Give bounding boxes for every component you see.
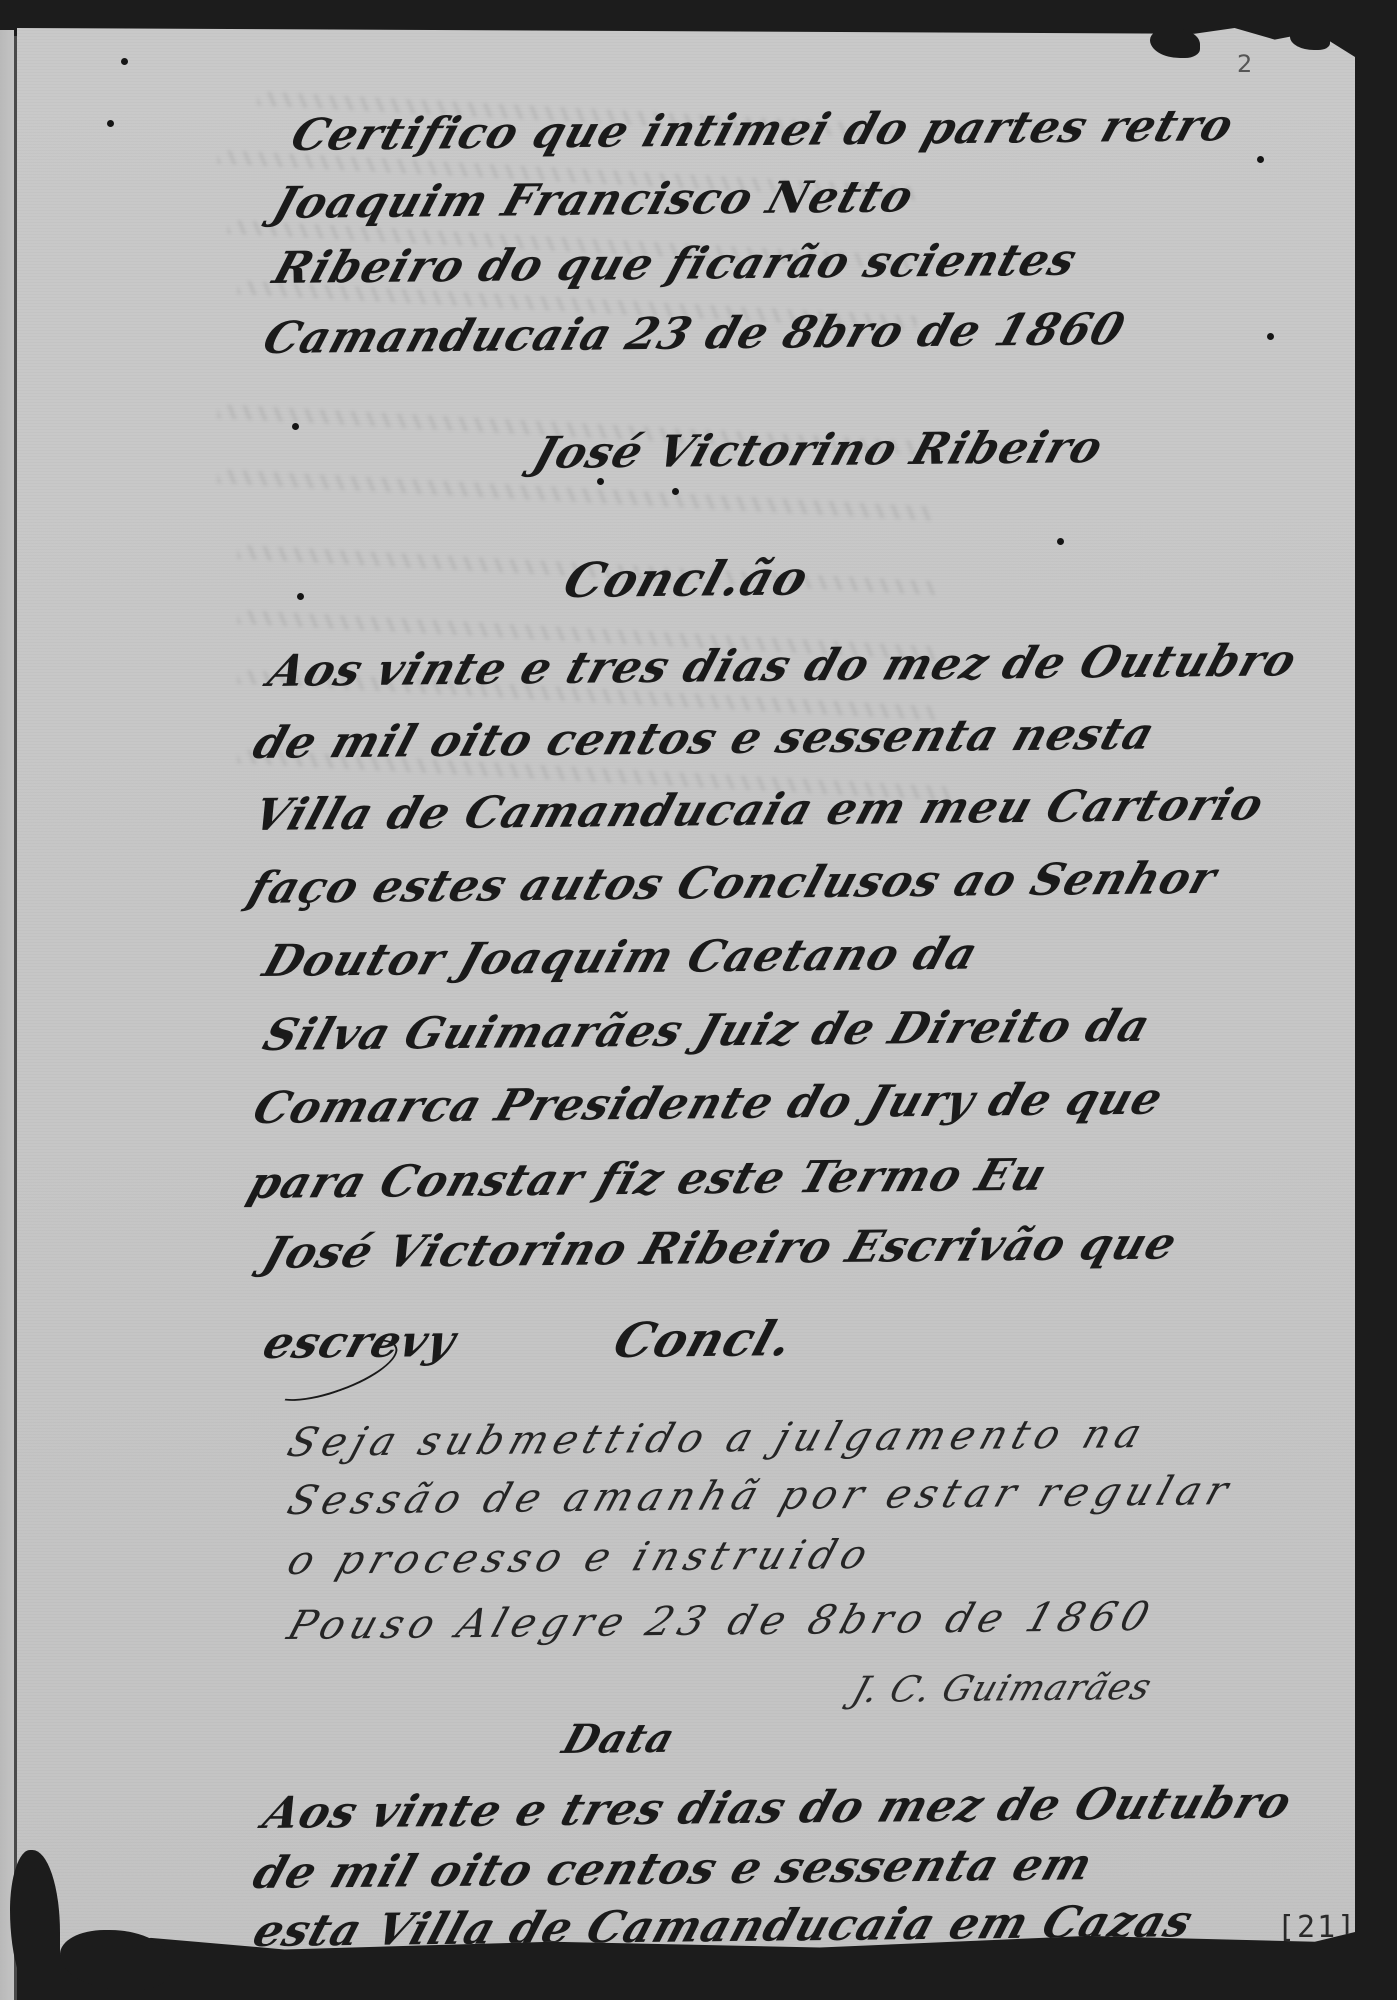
conclusion-line-1: Aos vinte e tres dias do mez de Outubro xyxy=(262,635,1303,697)
decision-line-3: o processo e instruido xyxy=(282,1532,879,1584)
heading-concl: Concl. xyxy=(607,1311,800,1369)
conclusion-line-6: Silva Guimarães Juiz de Direito da xyxy=(257,1001,1157,1061)
signature-judge: J. C. Guimarães xyxy=(847,1667,1157,1711)
conclusion-line-5: Doutor Joaquim Caetano da xyxy=(257,929,984,987)
intro-line-4-date: Camanducaia 23 de 8bro de 1860 xyxy=(257,304,1131,364)
conclusion-line-7: Comarca Presidente do Jury de que xyxy=(247,1074,1170,1134)
binding-gutter-line xyxy=(14,36,17,2000)
ink-spot xyxy=(297,593,304,600)
ink-spot xyxy=(1267,333,1274,340)
decision-line-4-date: Pouso Alegre 23 de 8bro de 1860 xyxy=(282,1594,1161,1649)
heading-conclusao: Concl.ão xyxy=(557,550,816,609)
signature-escrivao: José Victorino Ribeiro xyxy=(527,422,1110,479)
conclusion-line-2: de mil oito centos e sessenta nesta xyxy=(247,709,1161,769)
conclusion-line-3: Villa de Camanducaia em meu Cartorio xyxy=(247,779,1270,841)
intro-line-1: Certifico que intimei do partes retro xyxy=(285,100,1240,161)
conclusion-line-9: José Victorino Ribeiro Escrivão que xyxy=(257,1219,1184,1279)
heading-data: Data xyxy=(557,1715,681,1763)
intro-line-2: Joaquim Francisco Netto xyxy=(267,171,920,229)
conclusion-line-4: faço estes autos Conclusos ao Senhor xyxy=(242,853,1223,914)
ink-spot xyxy=(107,120,114,127)
ink-spot xyxy=(1057,538,1064,545)
manuscript-page: 2 Certifico que intimei do partes retro … xyxy=(17,28,1355,1963)
ink-spot xyxy=(1257,156,1264,163)
ink-spot xyxy=(597,478,604,485)
ink-spot xyxy=(672,488,679,495)
ink-spot xyxy=(121,58,128,65)
decision-line-2: Sessão de amanhã por estar regular xyxy=(282,1468,1240,1524)
data-line-1: Aos vinte e tres dias do mez de Outubro xyxy=(257,1777,1298,1839)
facing-page-edge xyxy=(0,30,14,2000)
conclusion-line-8: para Constar fiz este Termo Eu xyxy=(242,1150,1053,1209)
folio-number: 2 xyxy=(1237,50,1252,78)
data-line-2: de mil oito centos e sessenta em xyxy=(247,1839,1099,1899)
intro-line-3: Ribeiro do que ficarão scientes xyxy=(267,235,1083,294)
decision-line-1: Seja submettido a julgamento na xyxy=(282,1411,1153,1466)
ink-spot xyxy=(292,423,299,430)
